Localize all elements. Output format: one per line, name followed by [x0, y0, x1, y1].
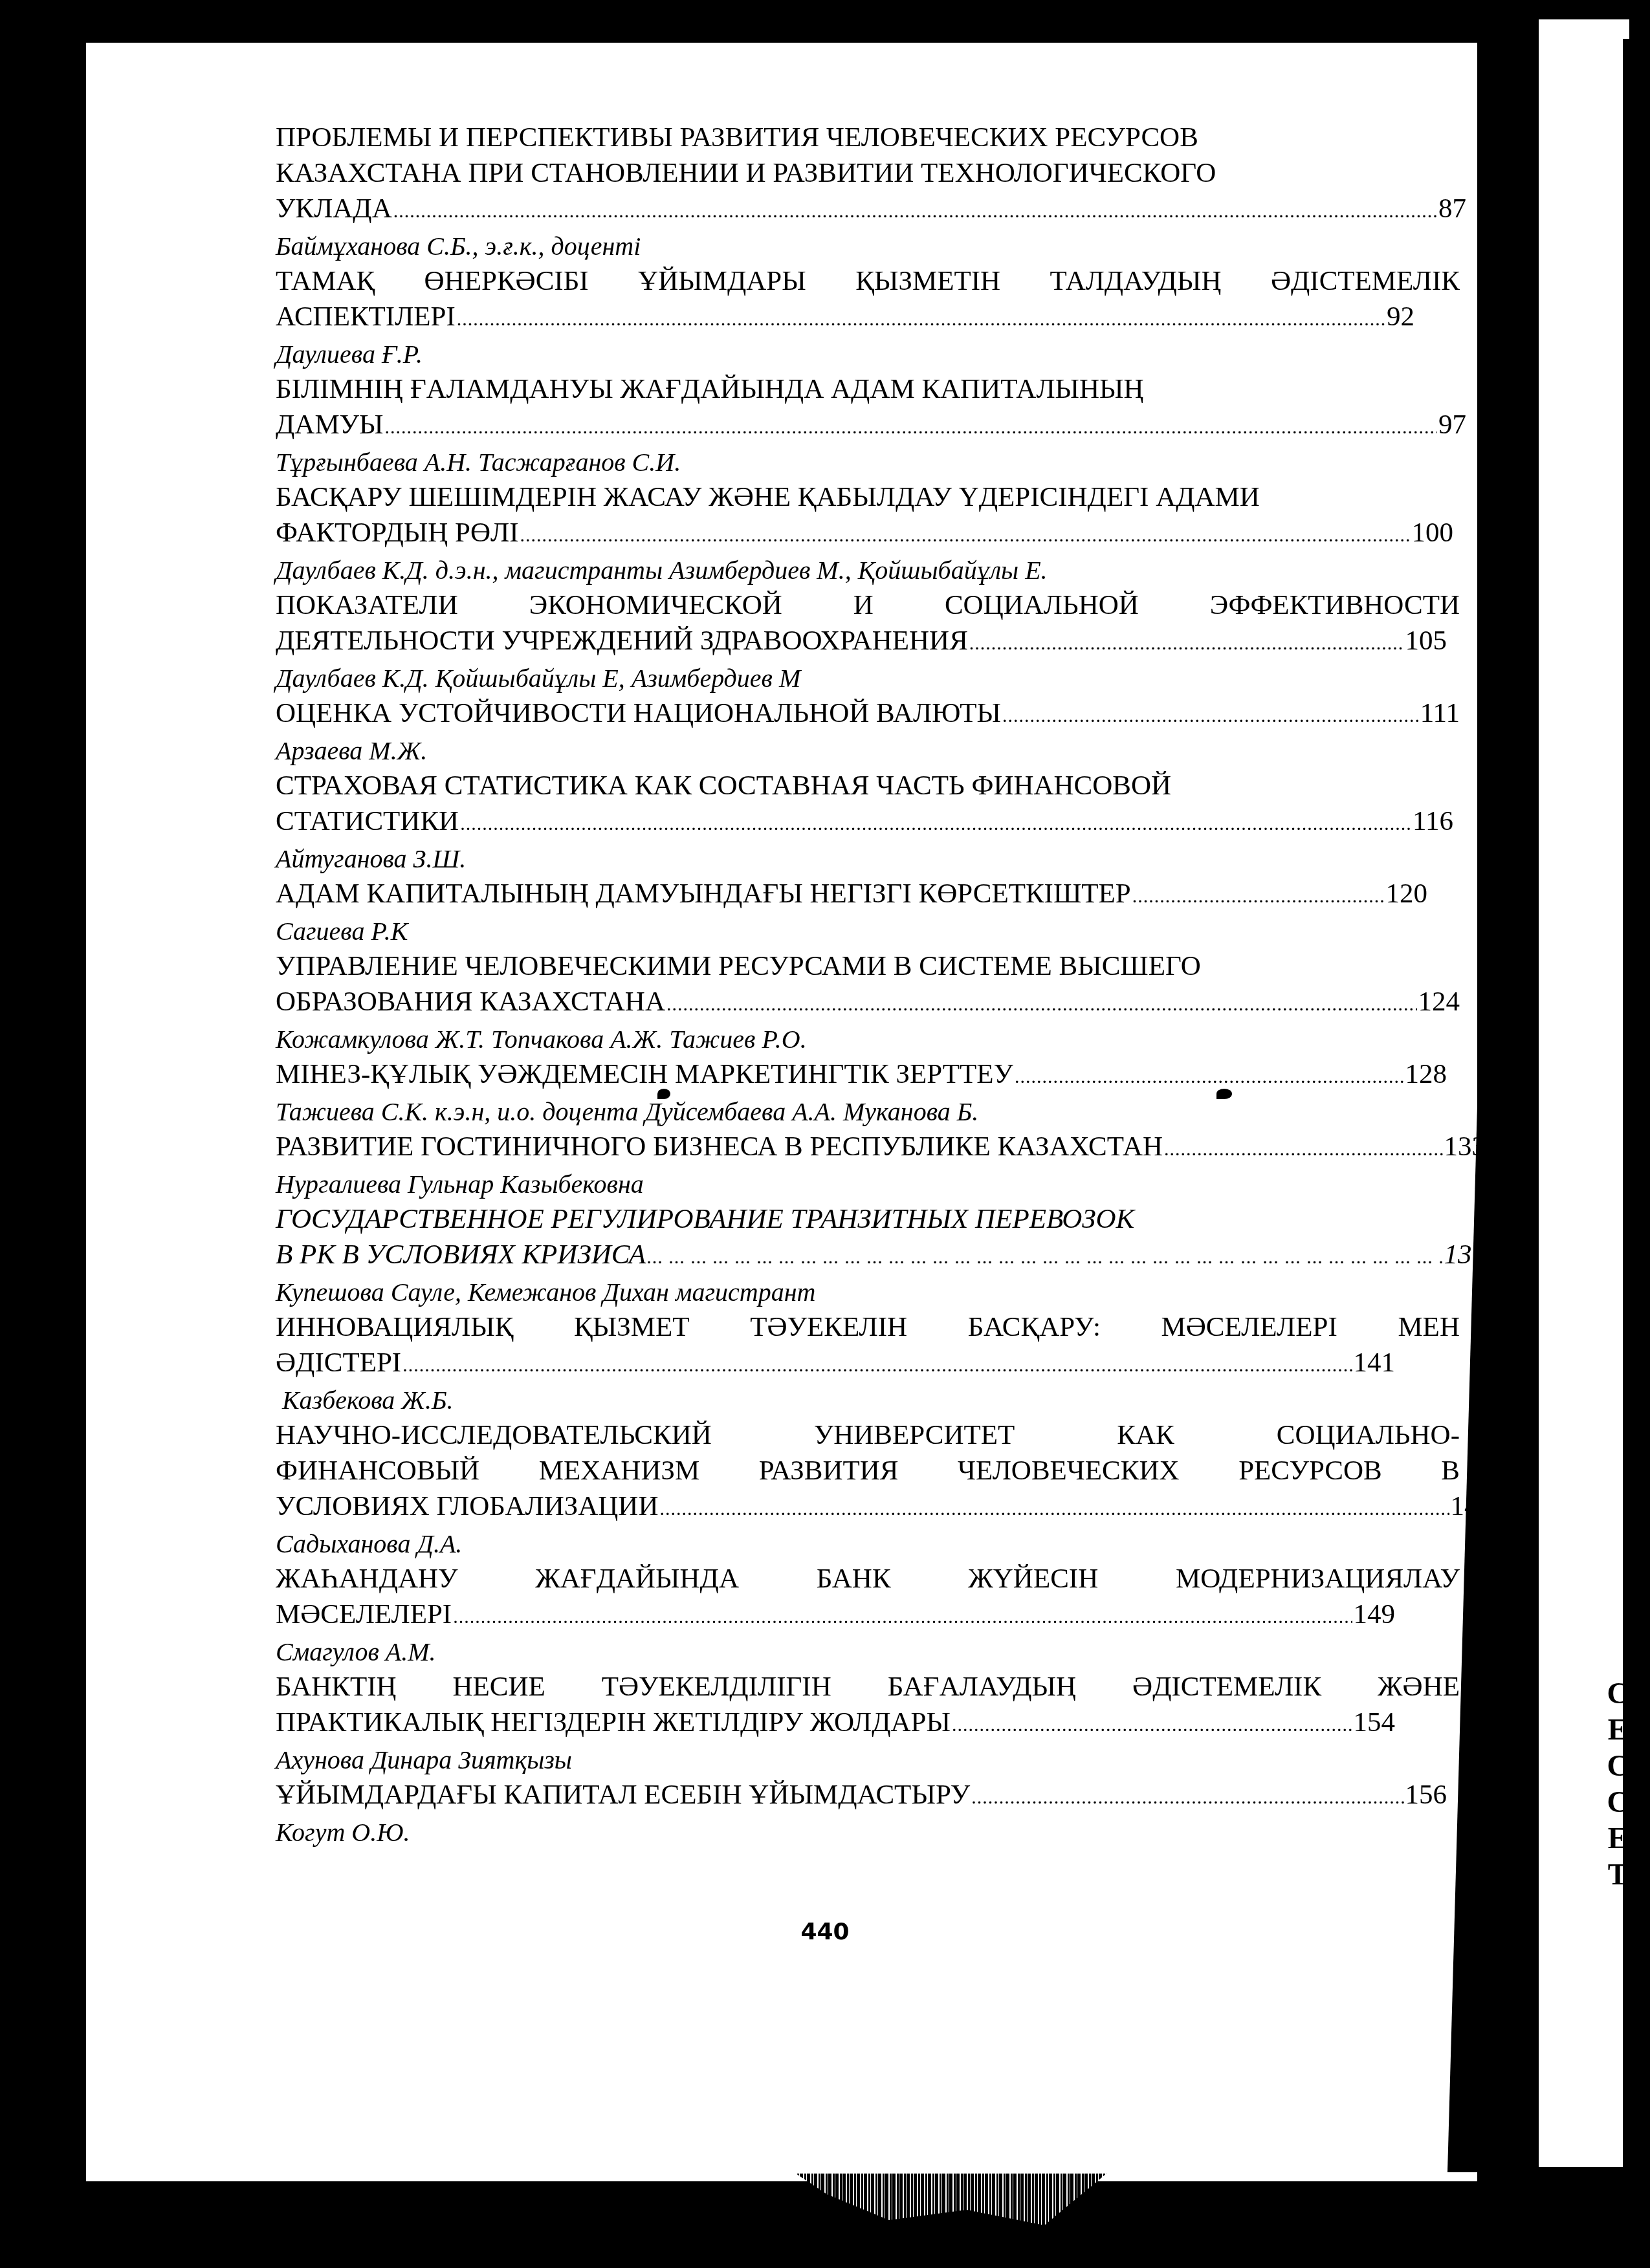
dot-leader	[969, 626, 1404, 661]
dot-leader	[659, 1491, 1449, 1527]
toc-title-line: ПРАКТИКАЛЫҚ НЕГІЗДЕРІН ЖЕТІЛДІРУ ЖОЛДАРЫ	[276, 1705, 951, 1740]
toc-page-number[interactable]: 124	[1418, 984, 1460, 1020]
toc-entry[interactable]: ҰЙЫМДАРДАҒЫ КАПИТАЛ ЕСЕБІН ҰЙЫМДАСТЫРУ15…	[276, 1777, 1460, 1849]
toc-title-line: В РК В УСЛОВИЯХ КРИЗИСА	[276, 1237, 646, 1272]
toc-title-line: ПОКАЗАТЕЛИЭКОНОМИЧЕСКОЙИСОЦИАЛЬНОЙЭФФЕКТ…	[276, 587, 1460, 623]
toc-entry[interactable]: ИННОВАЦИЯЛЫҚҚЫЗМЕТТӘУЕКЕЛІНБАСҚАРУ:МӘСЕЛ…	[276, 1309, 1460, 1417]
toc-title-line: ПРОБЛЕМЫ И ПЕРСПЕКТИВЫ РАЗВИТИЯ ЧЕЛОВЕЧЕ…	[276, 120, 1460, 155]
toc-entry[interactable]: АДАМ КАПИТАЛЫНЫҢ ДАМУЫНДАҒЫ НЕГІЗГІ КӨРС…	[276, 876, 1460, 948]
toc-entry[interactable]: УПРАВЛЕНИЕ ЧЕЛОВЕЧЕСКИМИ РЕСУРСАМИ В СИС…	[276, 948, 1460, 1056]
adjacent-page-glyph: С	[1605, 1784, 1631, 1820]
page-number: 440	[0, 1919, 1650, 1945]
toc-entry[interactable]: ЖАҺАНДАНУЖАҒДАЙЫНДАБАНКЖҮЙЕСІНМОДЕРНИЗАЦ…	[276, 1561, 1460, 1669]
toc-entry-authors: Смагулов А.М.	[276, 1635, 1460, 1669]
adjacent-page-glyph: Е	[1605, 1820, 1631, 1857]
toc-leader-line: МІНЕЗ-ҚҰЛЫҚ УӘЖДЕМЕСІН МАРКЕТИНГТІК ЗЕРТ…	[276, 1056, 1447, 1095]
toc-title-line: АСПЕКТІЛЕРІ	[276, 299, 456, 334]
toc-entry-title: ИННОВАЦИЯЛЫҚҚЫЗМЕТТӘУЕКЕЛІНБАСҚАРУ:МӘСЕЛ…	[276, 1309, 1460, 1383]
toc-title-line: СТАТИСТИКИ	[276, 803, 459, 839]
toc-entry[interactable]: ПОКАЗАТЕЛИЭКОНОМИЧЕСКОЙИСОЦИАЛЬНОЙЭФФЕКТ…	[276, 587, 1460, 695]
toc-page-number[interactable]: 128	[1405, 1056, 1447, 1092]
dot-leader	[1132, 878, 1385, 914]
toc-leader-line: АДАМ КАПИТАЛЫНЫҢ ДАМУЫНДАҒЫ НЕГІЗГІ КӨРС…	[276, 876, 1427, 914]
toc-entry-title: БАНКТІҢНЕСИЕТӘУЕКЕЛДІЛІГІНБАҒАЛАУДЫҢӘДІС…	[276, 1669, 1460, 1743]
toc-entry-authors: Когут О.Ю.	[276, 1815, 1460, 1849]
toc-leader-line: ОЦЕНКА УСТОЙЧИВОСТИ НАЦИОНАЛЬНОЙ ВАЛЮТЫ1…	[276, 695, 1460, 734]
dot-leader	[393, 193, 1437, 229]
toc-title-line: МІНЕЗ-ҚҰЛЫҚ УӘЖДЕМЕСІН МАРКЕТИНГТІК ЗЕРТ…	[276, 1056, 1013, 1092]
toc-title-line: БАНКТІҢНЕСИЕТӘУЕКЕЛДІЛІГІНБАҒАЛАУДЫҢӘДІС…	[276, 1669, 1460, 1705]
dot-leader	[385, 409, 1437, 445]
toc-entry-title: МІНЕЗ-ҚҰЛЫҚ УӘЖДЕМЕСІН МАРКЕТИНГТІК ЗЕРТ…	[276, 1056, 1460, 1095]
toc-leader-line: УСЛОВИЯХ ГЛОБАЛИЗАЦИИ144	[276, 1488, 1492, 1527]
toc-entry-title: ПОКАЗАТЕЛИЭКОНОМИЧЕСКОЙИСОЦИАЛЬНОЙЭФФЕКТ…	[276, 587, 1460, 661]
toc-entry[interactable]: ПРОБЛЕМЫ И ПЕРСПЕКТИВЫ РАЗВИТИЯ ЧЕЛОВЕЧЕ…	[276, 120, 1460, 263]
toc-entry-authors: Казбекова Ж.Б.	[276, 1383, 1460, 1417]
toc-page-number[interactable]: 154	[1354, 1705, 1396, 1740]
toc-leader-line: ДЕЯТЕЛЬНОСТИ УЧРЕЖДЕНИЙ ЗДРАВООХРАНЕНИЯ1…	[276, 623, 1447, 661]
toc-entry-title: ЖАҺАНДАНУЖАҒДАЙЫНДАБАНКЖҮЙЕСІНМОДЕРНИЗАЦ…	[276, 1561, 1460, 1635]
table-of-contents: ПРОБЛЕМЫ И ПЕРСПЕКТИВЫ РАЗВИТИЯ ЧЕЛОВЕЧЕ…	[276, 120, 1460, 1849]
toc-page-number[interactable]: 141	[1354, 1345, 1396, 1380]
toc-leader-line: ПРАКТИКАЛЫҚ НЕГІЗДЕРІН ЖЕТІЛДІРУ ЖОЛДАРЫ…	[276, 1705, 1395, 1743]
toc-page-number[interactable]: 144	[1451, 1488, 1493, 1524]
toc-entry[interactable]: РАЗВИТИЕ ГОСТИНИЧНОГО БИЗНЕСА В РЕСПУБЛИ…	[276, 1129, 1460, 1201]
adjacent-page-glyph: С	[1605, 1675, 1631, 1712]
dot-leader	[971, 1780, 1403, 1815]
toc-entry-authors: Садыханова Д.А.	[276, 1527, 1460, 1561]
toc-title-line: ДЕЯТЕЛЬНОСТИ УЧРЕЖДЕНИЙ ЗДРАВООХРАНЕНИЯ	[276, 623, 968, 659]
toc-title-line: ЖАҺАНДАНУЖАҒДАЙЫНДАБАНКЖҮЙЕСІНМОДЕРНИЗАЦ…	[276, 1561, 1460, 1597]
toc-title-line: ГОСУДАРСТВЕННОЕ РЕГУЛИРОВАНИЕ ТРАНЗИТНЫХ…	[276, 1201, 1460, 1237]
dot-leader	[666, 987, 1417, 1022]
toc-title-line: СТРАХОВАЯ СТАТИСТИКА КАК СОСТАВНАЯ ЧАСТЬ…	[276, 768, 1460, 803]
toc-entry-authors: Сагиева Р.К	[276, 914, 1460, 948]
toc-entry-authors: Тұрғынбаева А.Н. Тасжарғанов С.И.	[276, 445, 1460, 479]
toc-entry-title: ПРОБЛЕМЫ И ПЕРСПЕКТИВЫ РАЗВИТИЯ ЧЕЛОВЕЧЕ…	[276, 120, 1460, 229]
toc-title-line: ОЦЕНКА УСТОЙЧИВОСТИ НАЦИОНАЛЬНОЙ ВАЛЮТЫ	[276, 695, 1001, 731]
toc-entry-title: УПРАВЛЕНИЕ ЧЕЛОВЕЧЕСКИМИ РЕСУРСАМИ В СИС…	[276, 948, 1460, 1022]
toc-entry-authors: Тажиева С.К. к.э.н, и.о. доцента Дуйсемб…	[276, 1095, 1460, 1129]
toc-title-line: ӘДІСТЕРІ	[276, 1345, 401, 1380]
toc-page-number[interactable]: 105	[1405, 623, 1447, 659]
dot-leader	[453, 1599, 1352, 1635]
toc-leader-line: В РК В УСЛОВИЯХ КРИЗИСА137	[276, 1237, 1486, 1275]
toc-title-line: УКЛАДА	[276, 191, 392, 226]
toc-leader-line: ФАКТОРДЫҢ РӨЛІ100	[276, 515, 1453, 553]
toc-title-line: ҰЙЫМДАРДАҒЫ КАПИТАЛ ЕСЕБІН ҰЙЫМДАСТЫРУ	[276, 1777, 970, 1813]
toc-entry-title: НАУЧНО-ИССЛЕДОВАТЕЛЬСКИЙУНИВЕРСИТЕТКАКСО…	[276, 1417, 1460, 1527]
toc-title-line: УСЛОВИЯХ ГЛОБАЛИЗАЦИИ	[276, 1488, 658, 1524]
toc-entry[interactable]: МІНЕЗ-ҚҰЛЫҚ УӘЖДЕМЕСІН МАРКЕТИНГТІК ЗЕРТ…	[276, 1056, 1460, 1129]
toc-page-number[interactable]: 97	[1438, 407, 1466, 442]
toc-title-line: УПРАВЛЕНИЕ ЧЕЛОВЕЧЕСКИМИ РЕСУРСАМИ В СИС…	[276, 948, 1460, 984]
toc-entry[interactable]: БІЛІМНІҢ ҒАЛАМДАНУЫ ЖАҒДАЙЫНДА АДАМ КАПИ…	[276, 371, 1460, 479]
scan-speck	[657, 1089, 670, 1099]
toc-leader-line: ӘДІСТЕРІ141	[276, 1345, 1395, 1383]
dot-leader	[1164, 1131, 1443, 1167]
toc-entry-authors: Даулбаев К.Д. Қойшыбайұлы Е, Азимбердиев…	[276, 661, 1460, 695]
toc-entry-title: БІЛІМНІҢ ҒАЛАМДАНУЫ ЖАҒДАЙЫНДА АДАМ КАПИ…	[276, 371, 1460, 445]
toc-entry-authors: Нургалиева Гульнар Казыбековна	[276, 1167, 1460, 1201]
toc-page-number[interactable]: 137	[1444, 1237, 1486, 1272]
toc-title-line: БАСҚАРУ ШЕШІМДЕРІН ЖАСАУ ЖӘНЕ ҚАБЫЛДАУ Ү…	[276, 479, 1460, 515]
toc-entry[interactable]: СТРАХОВАЯ СТАТИСТИКА КАК СОСТАВНАЯ ЧАСТЬ…	[276, 768, 1460, 876]
toc-leader-line: ДАМУЫ97	[276, 407, 1466, 445]
toc-entry[interactable]: БАНКТІҢНЕСИЕТӘУЕКЕЛДІЛІГІНБАҒАЛАУДЫҢӘДІС…	[276, 1669, 1460, 1777]
adjacent-page-glyph: Т	[1605, 1857, 1631, 1893]
toc-entry-title: СТРАХОВАЯ СТАТИСТИКА КАК СОСТАВНАЯ ЧАСТЬ…	[276, 768, 1460, 842]
dot-leader	[460, 806, 1411, 842]
toc-entry-title: ГОСУДАРСТВЕННОЕ РЕГУЛИРОВАНИЕ ТРАНЗИТНЫХ…	[276, 1201, 1460, 1275]
scan-speck	[1216, 1089, 1232, 1099]
toc-title-line: ДАМУЫ	[276, 407, 384, 442]
toc-page-number[interactable]: 133	[1444, 1129, 1486, 1164]
toc-title-line: ФАКТОРДЫҢ РӨЛІ	[276, 515, 519, 551]
toc-title-line: НАУЧНО-ИССЛЕДОВАТЕЛЬСКИЙУНИВЕРСИТЕТКАКСО…	[276, 1417, 1460, 1453]
toc-entry-title: РАЗВИТИЕ ГОСТИНИЧНОГО БИЗНЕСА В РЕСПУБЛИ…	[276, 1129, 1460, 1167]
toc-leader-line: МӘСЕЛЕЛЕРІ149	[276, 1597, 1395, 1635]
toc-page-number[interactable]: 111	[1420, 695, 1460, 731]
toc-title-line: ОБРАЗОВАНИЯ КАЗАХСТАНА	[276, 984, 665, 1020]
toc-leader-line: СТАТИСТИКИ116	[276, 803, 1453, 842]
toc-leader-line: РАЗВИТИЕ ГОСТИНИЧНОГО БИЗНЕСА В РЕСПУБЛИ…	[276, 1129, 1486, 1167]
toc-page-number[interactable]: 120	[1386, 876, 1428, 911]
toc-entry[interactable]: ГОСУДАРСТВЕННОЕ РЕГУЛИРОВАНИЕ ТРАНЗИТНЫХ…	[276, 1201, 1460, 1309]
toc-page-number[interactable]: 116	[1413, 803, 1453, 839]
dot-leader	[1015, 1059, 1404, 1095]
toc-title-line: ИННОВАЦИЯЛЫҚҚЫЗМЕТТӘУЕКЕЛІНБАСҚАРУ:МӘСЕЛ…	[276, 1309, 1460, 1345]
toc-entry-authors: Баймұханова С.Б., э.ғ.к., доценті	[276, 229, 1460, 263]
toc-page-number[interactable]: 149	[1354, 1597, 1396, 1632]
toc-entry[interactable]: БАСҚАРУ ШЕШІМДЕРІН ЖАСАУ ЖӘНЕ ҚАБЫЛДАУ Ү…	[276, 479, 1460, 587]
dot-leader	[1002, 698, 1419, 734]
toc-entry-authors: Айтуганова З.Ш.	[276, 842, 1460, 876]
toc-leader-line: ҰЙЫМДАРДАҒЫ КАПИТАЛ ЕСЕБІН ҰЙЫМДАСТЫРУ15…	[276, 1777, 1447, 1815]
toc-title-line: ТАМАҚӨНЕРКӘСІБІҰЙЫМДАРЫҚЫЗМЕТІНТАЛДАУДЫҢ…	[276, 263, 1460, 299]
toc-title-line: МӘСЕЛЕЛЕРІ	[276, 1597, 452, 1632]
toc-entry[interactable]: НАУЧНО-ИССЛЕДОВАТЕЛЬСКИЙУНИВЕРСИТЕТКАКСО…	[276, 1417, 1460, 1561]
toc-page-number[interactable]: 92	[1387, 299, 1414, 334]
toc-page-number[interactable]: 87	[1438, 191, 1466, 226]
dot-leader	[457, 301, 1385, 337]
adjacent-page-glyph: С	[1605, 1748, 1631, 1784]
dot-leader	[520, 518, 1411, 553]
adjacent-page-glyph: Е	[1605, 1712, 1631, 1748]
toc-leader-line: УКЛАДА87	[276, 191, 1466, 229]
toc-title-line: АДАМ КАПИТАЛЫНЫҢ ДАМУЫНДАҒЫ НЕГІЗГІ КӨРС…	[276, 876, 1131, 911]
scanner-bottom-border	[0, 2181, 1650, 2268]
toc-entry-title: ҰЙЫМДАРДАҒЫ КАПИТАЛ ЕСЕБІН ҰЙЫМДАСТЫРУ15…	[276, 1777, 1460, 1815]
toc-leader-line: ОБРАЗОВАНИЯ КАЗАХСТАНА124	[276, 984, 1460, 1022]
adjacent-page-text: СЕССЕТ	[1605, 1675, 1631, 1893]
toc-title-line: РАЗВИТИЕ ГОСТИНИЧНОГО БИЗНЕСА В РЕСПУБЛИ…	[276, 1129, 1163, 1164]
toc-entry-authors: Арзаева М.Ж.	[276, 734, 1460, 768]
toc-title-line: ФИНАНСОВЫЙМЕХАНИЗМРАЗВИТИЯЧЕЛОВЕЧЕСКИХРЕ…	[276, 1453, 1460, 1488]
toc-entry-title: АДАМ КАПИТАЛЫНЫҢ ДАМУЫНДАҒЫ НЕГІЗГІ КӨРС…	[276, 876, 1460, 914]
dot-leader	[402, 1347, 1352, 1383]
toc-entry-title: БАСҚАРУ ШЕШІМДЕРІН ЖАСАУ ЖӘНЕ ҚАБЫЛДАУ Ү…	[276, 479, 1460, 553]
toc-entry-authors: Даулиева Ғ.Р.	[276, 337, 1460, 371]
dot-leader	[952, 1707, 1352, 1743]
toc-entry-authors: Купешова Сауле, Кемежанов Дихан магистра…	[276, 1275, 1460, 1309]
toc-entry-authors: Ахунова Динара Зиятқызы	[276, 1743, 1460, 1777]
toc-page-number[interactable]: 100	[1412, 515, 1454, 551]
toc-entry-title: ТАМАҚӨНЕРКӘСІБІҰЙЫМДАРЫҚЫЗМЕТІНТАЛДАУДЫҢ…	[276, 263, 1460, 337]
toc-page-number[interactable]: 156	[1405, 1777, 1447, 1813]
dot-leader	[647, 1239, 1442, 1275]
toc-leader-line: АСПЕКТІЛЕРІ92	[276, 299, 1414, 337]
toc-title-line: КАЗАХСТАНА ПРИ СТАНОВЛЕНИИ И РАЗВИТИИ ТЕ…	[276, 155, 1460, 191]
toc-entry-authors: Даулбаев К.Д. д.э.н., магистранты Азимбе…	[276, 553, 1460, 587]
toc-entry[interactable]: ТАМАҚӨНЕРКӘСІБІҰЙЫМДАРЫҚЫЗМЕТІНТАЛДАУДЫҢ…	[276, 263, 1460, 371]
toc-entry[interactable]: ОЦЕНКА УСТОЙЧИВОСТИ НАЦИОНАЛЬНОЙ ВАЛЮТЫ1…	[276, 695, 1460, 768]
toc-entry-title: ОЦЕНКА УСТОЙЧИВОСТИ НАЦИОНАЛЬНОЙ ВАЛЮТЫ1…	[276, 695, 1460, 734]
toc-entry-authors: Кожамкулова Ж.Т. Топчакова А.Ж. Тажиев Р…	[276, 1022, 1460, 1056]
toc-title-line: БІЛІМНІҢ ҒАЛАМДАНУЫ ЖАҒДАЙЫНДА АДАМ КАПИ…	[276, 371, 1460, 407]
